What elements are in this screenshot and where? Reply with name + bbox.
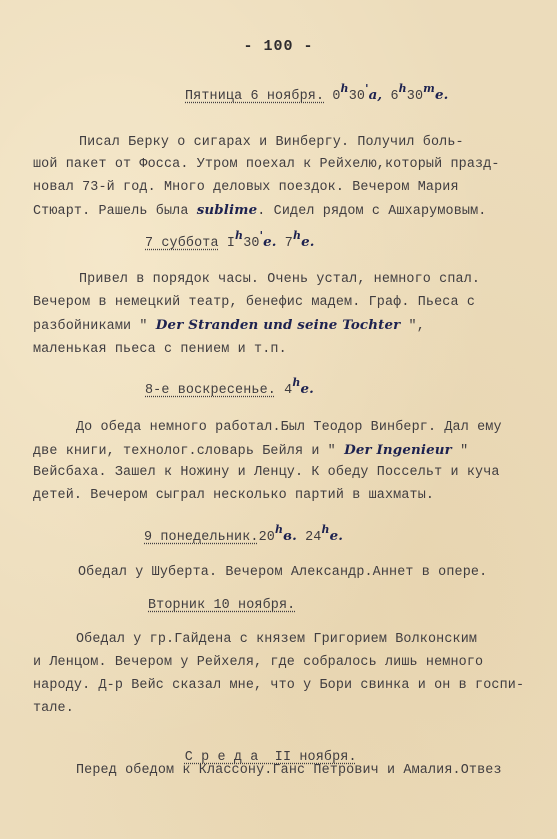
- text-line: разбойниками " Der Stranden und seine To…: [33, 317, 425, 334]
- entry-heading-monday: 9 понедельник.20hв. 24he.: [144, 528, 343, 545]
- text-line: Перед обедом к Классону.Ганс Петрович и …: [76, 763, 502, 778]
- text-line: и Ленцом. Вечером у Рейхеля, где собрало…: [33, 655, 483, 670]
- entry-heading-tuesday: Вторник 10 ноября.: [148, 598, 295, 613]
- text-line: Обедал у Шуберта. Вечером Александр.Анне…: [78, 565, 487, 580]
- text-line: детей. Вечером сыграл несколько партий в…: [33, 488, 434, 503]
- heading-date: Пятница 6 ноября.: [185, 89, 324, 104]
- text-line: До обеда немного работал.Был Теодор Винб…: [76, 420, 502, 435]
- handwritten-insert: sublime: [197, 202, 258, 218]
- heading-date: 9 понедельник.: [144, 530, 259, 545]
- handwritten-insert: Der Stranden und seine Tochter: [156, 317, 401, 333]
- heading-date: Вторник 10 ноября.: [148, 598, 295, 613]
- entry-heading-sunday: 8-е воскресенье. 4he.: [145, 381, 314, 398]
- text-line: Писал Берку о сигарах и Винбергу. Получи…: [79, 135, 464, 150]
- text-line: Вейсбаха. Зашел к Ножину и Ленцу. К обед…: [33, 465, 500, 480]
- text-line: шой пакет от Фосса. Утром поехал к Рейхе…: [33, 157, 500, 172]
- heading-time: Ih30'e. 7he.: [227, 236, 315, 251]
- text-line: Стюарт. Рашель была sublime. Сидел рядом…: [33, 202, 486, 219]
- heading-time: 20hв. 24he.: [259, 530, 344, 545]
- typewritten-diary-page: - 100 - Пятница 6 ноября. 0h30'a, 6h30me…: [0, 0, 557, 839]
- text-line: маленькая пьеса с пением и т.п.: [33, 342, 287, 357]
- entry-heading-saturday: 7 суббота Ih30'e. 7he.: [145, 234, 315, 251]
- text-line: Привел в порядок часы. Очень устал, немн…: [79, 272, 480, 287]
- text-line: Вечером в немецкий театр, бенефис мадем.…: [33, 295, 475, 310]
- text-line: новал 73-й год. Много деловых поездок. В…: [33, 180, 459, 195]
- heading-date: 8-е воскресенье.: [145, 383, 276, 398]
- heading-time: 0h30'a, 6h30me.: [332, 89, 448, 104]
- handwritten-insert: Der Ingenieur: [344, 442, 452, 458]
- text-line: две книги, технолог.словарь Бейля и " De…: [33, 442, 468, 459]
- text-line: народу. Д-р Вейс сказал мне, что у Бори …: [33, 678, 524, 693]
- heading-date: 7 суббота: [145, 236, 219, 251]
- text-line: тале.: [33, 701, 74, 716]
- entry-heading-friday: Пятница 6 ноября. 0h30'a, 6h30me.: [185, 87, 448, 104]
- text-line: Обедал у гр.Гайдена с князем Григорием В…: [76, 632, 477, 647]
- page-number: - 100 -: [0, 38, 557, 55]
- heading-time: 4he.: [284, 383, 314, 398]
